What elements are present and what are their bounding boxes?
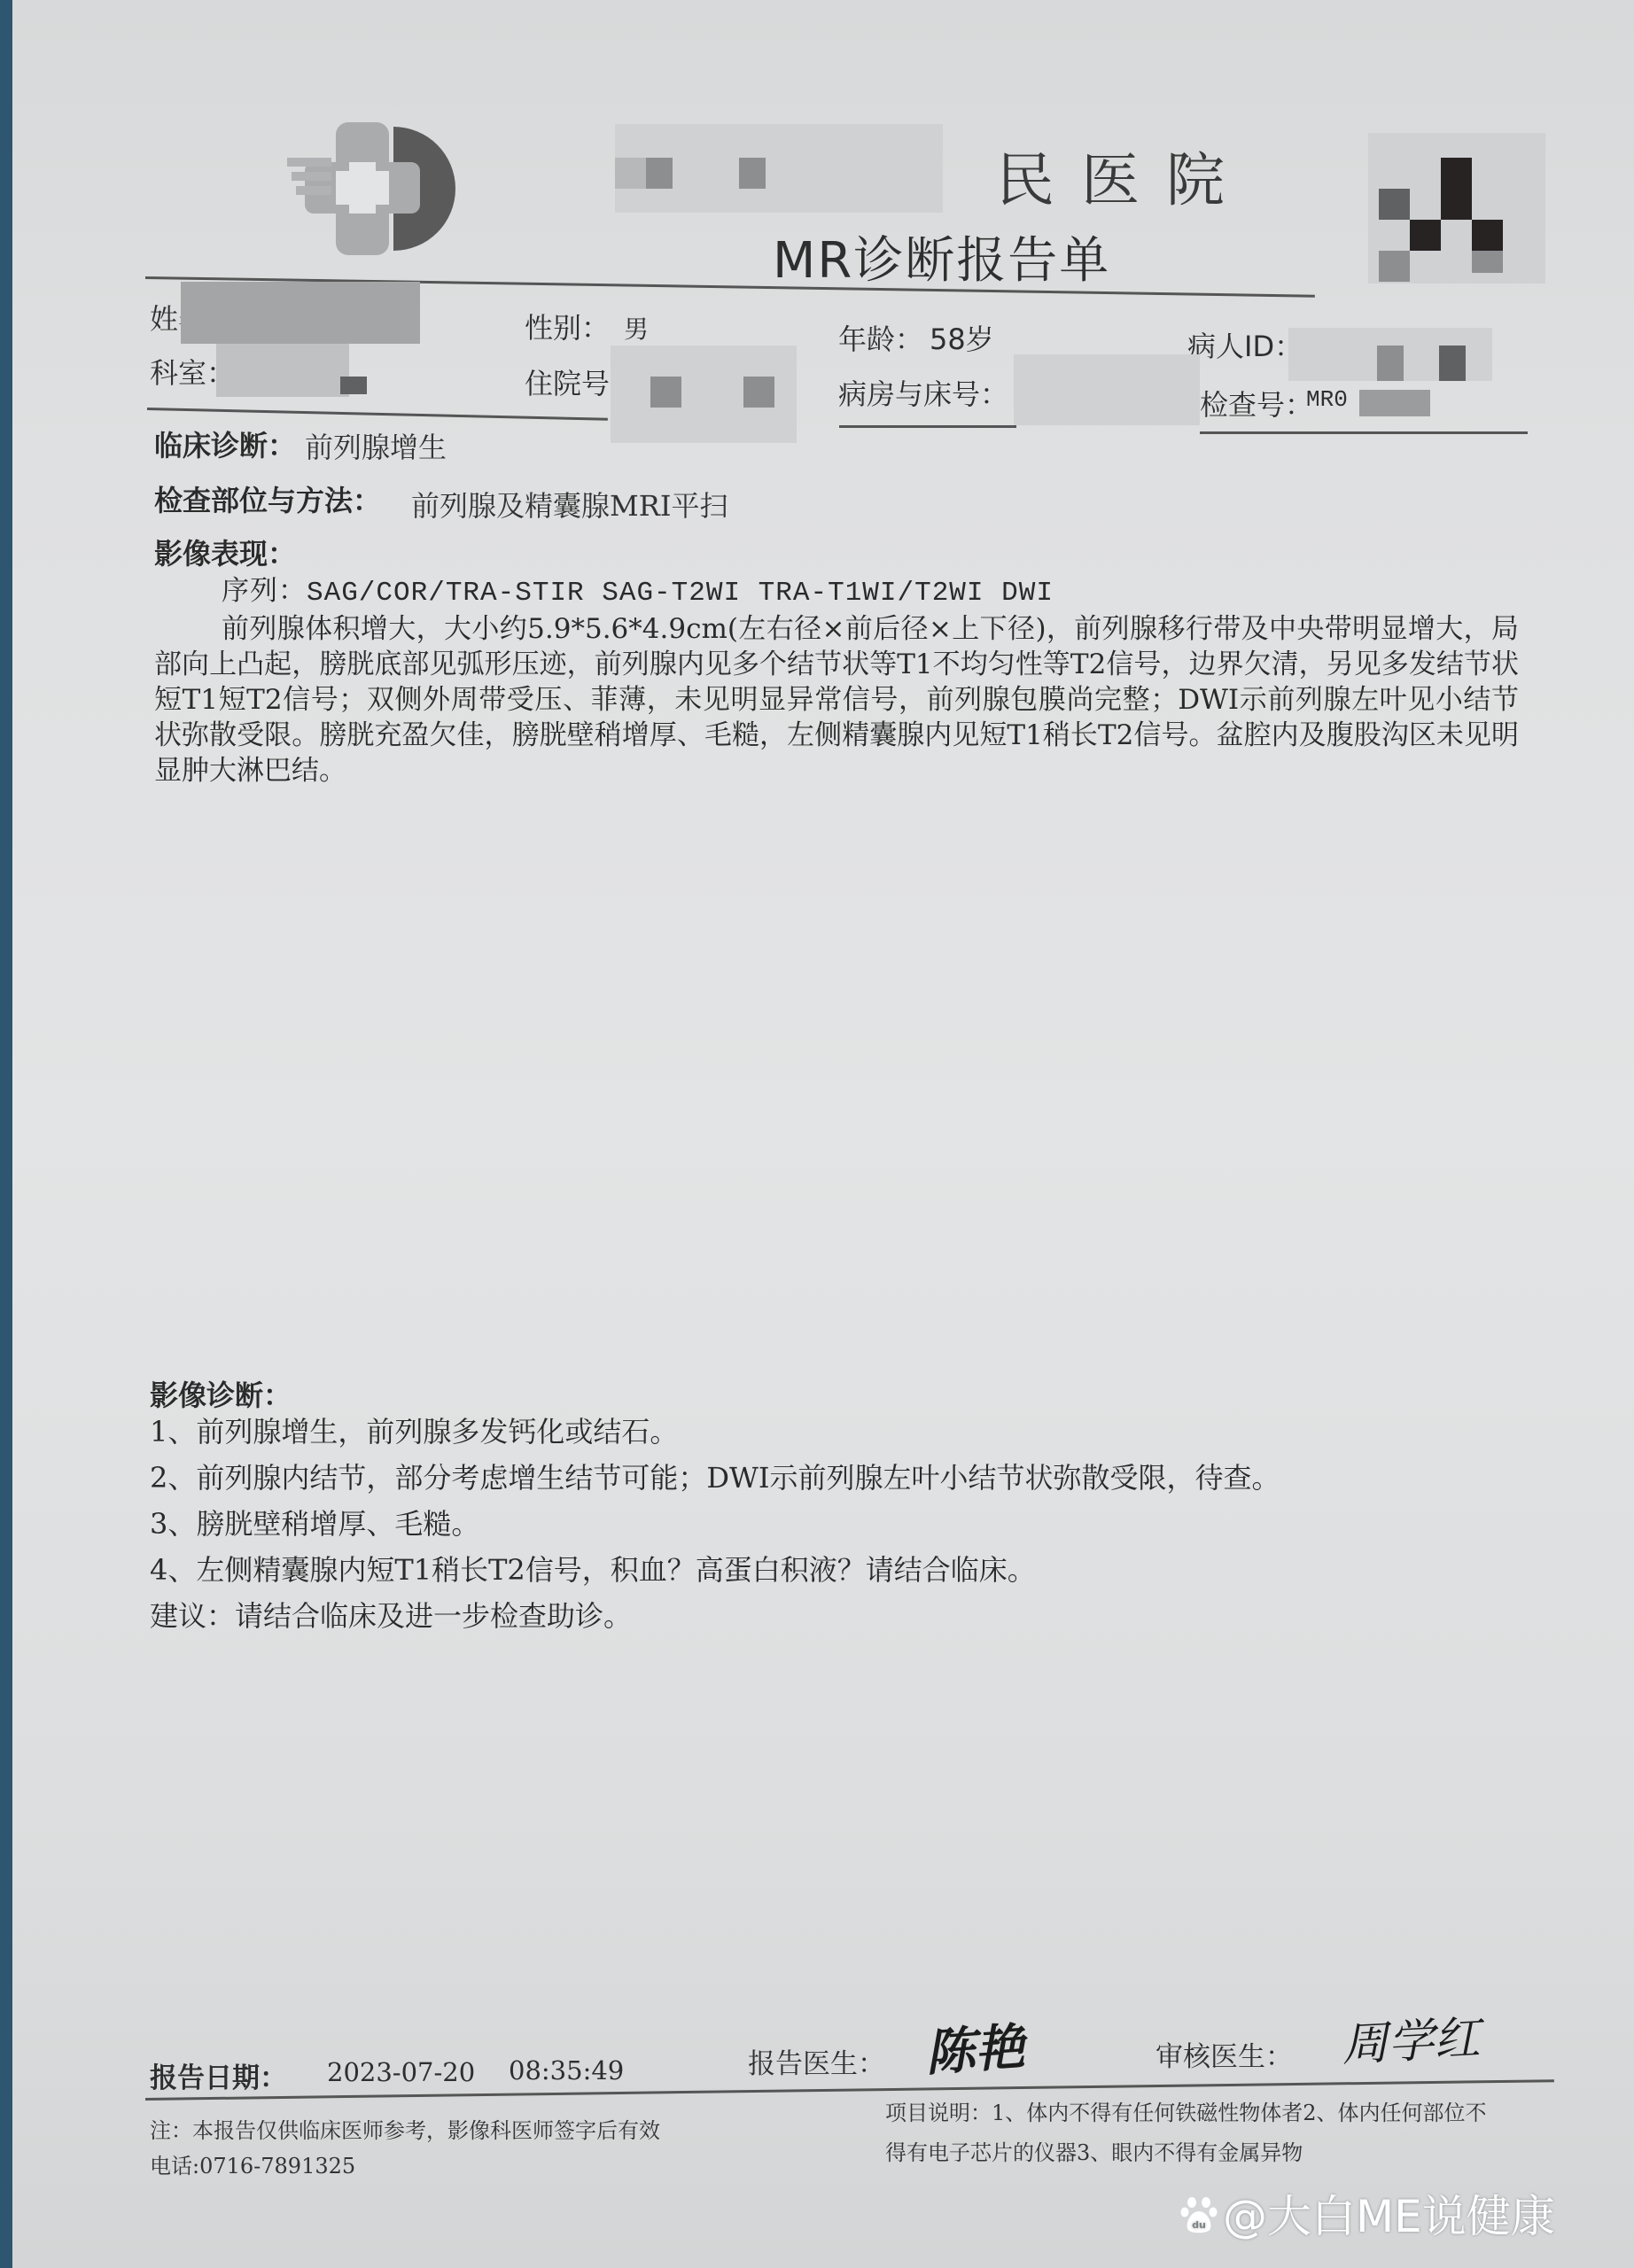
diagnosis-item: 4、左侧精囊腺内短T1稍长T2信号，积血？高蛋白积液？请结合临床。 (150, 1547, 1532, 1593)
redaction-block (1379, 251, 1410, 282)
info-divider (839, 425, 1016, 428)
ward-bed-label: 病房与床号： (838, 372, 1008, 413)
findings-body: 序列：SAG/COR/TRA-STIR SAG-T2WI TRA-T1WI/T2… (154, 576, 1519, 788)
inpatient-no-label: 住院号 (525, 361, 610, 402)
department-label: 科室： (150, 351, 235, 392)
redacted-ward-bed (1014, 354, 1200, 425)
baidu-paw-icon: du (1180, 2194, 1218, 2233)
diagnosis-item: 2、前列腺内结节，部分考虑增生结节可能；DWI示前列腺左叶小结节状弥散受限，待查… (150, 1455, 1532, 1501)
redacted-name (181, 282, 420, 344)
phone-number: 电话:0716-7891325 (150, 2148, 355, 2179)
redaction-block (1379, 189, 1410, 220)
redaction-block (1441, 189, 1472, 220)
redaction-block (1359, 390, 1430, 416)
redaction-block (615, 158, 646, 189)
redaction-block (1439, 346, 1466, 381)
watermark-text: @大白ME说健康 (1223, 2181, 1555, 2245)
redaction-block (1441, 158, 1472, 189)
suggestion: 建议：请结合临床及进一步检查助诊。 (150, 1593, 1532, 1639)
review-doctor-label: 审核医生： (1155, 2034, 1293, 2074)
svg-text:du: du (1192, 2219, 1206, 2231)
redaction-block (739, 158, 766, 189)
gender-label: 性别： (525, 306, 610, 346)
diagnosis-item: 3、膀胱壁稍增厚、毛糙。 (150, 1501, 1532, 1547)
redaction-block (743, 377, 774, 408)
item-notes-line1: 项目说明：1、体内不得有任何铁磁性物体者2、体内任何部位不 (885, 2095, 1487, 2126)
review-doctor-signature: 周学红 (1340, 2000, 1482, 2074)
redaction-block (1377, 346, 1404, 381)
diagnosis-list: 1、前列腺增生，前列腺多发钙化或结石。 2、前列腺内结节，部分考虑增生结节可能；… (150, 1409, 1532, 1639)
redaction-block (216, 344, 349, 397)
watermark: du @大白ME说健康 (1180, 2181, 1555, 2245)
exam-no-value: MR0 (1306, 386, 1348, 413)
sequence-line: 序列：SAG/COR/TRA-STIR SAG-T2WI TRA-T1WI/T2… (154, 576, 1519, 611)
redaction-block (1472, 251, 1503, 273)
redaction-block (1472, 220, 1503, 251)
gender-value: 男 (624, 310, 649, 346)
info-divider (147, 408, 608, 421)
report-time-value: 08:35:49 (509, 2055, 624, 2085)
clinical-diagnosis-label: 临床诊断： (154, 423, 296, 464)
report-title: MR诊断报告单 (773, 221, 1110, 292)
report-doctor-signature: 陈艳 (922, 2008, 1026, 2085)
exam-site-label: 检查部位与方法： (154, 478, 381, 519)
hospital-name: 民医院 (996, 133, 1251, 217)
findings-label: 影像表现： (154, 532, 296, 572)
report-date-value: 2023-07-20 (327, 2057, 475, 2087)
age-value: 58岁 (930, 317, 994, 358)
exam-no-label: 检查号： (1200, 383, 1313, 423)
findings-text: 前列腺体积增大，大小约5.9*5.6*4.9cm(左右径×前后径×上下径)，前列… (154, 611, 1519, 788)
age-label: 年龄： (838, 317, 923, 358)
hospital-cross-icon (287, 122, 464, 255)
item-notes-line2: 得有电子芯片的仪器3、眼内不得有金属异物 (885, 2135, 1303, 2166)
redaction-block (650, 377, 681, 408)
patient-id-label: 病人ID： (1187, 324, 1303, 365)
redaction-block (646, 158, 673, 189)
report-doctor-label: 报告医生： (748, 2041, 885, 2081)
report-date-label: 报告日期： (150, 2055, 287, 2095)
clinical-diagnosis-value: 前列腺增生 (305, 425, 447, 466)
diagnosis-item: 1、前列腺增生，前列腺多发钙化或结石。 (150, 1409, 1532, 1455)
report-paper: 民医院 MR诊断报告单 姓名 性别： 男 年龄： 58岁 病人ID： 科室： 住… (12, 0, 1634, 2268)
report-note: 注：本报告仅供临床医师参考，影像科医师签字后有效 (150, 2113, 660, 2144)
redacted-department (340, 377, 367, 394)
info-divider (1200, 431, 1528, 434)
exam-site-value: 前列腺及精囊腺MRI平扫 (411, 484, 728, 524)
redaction-block (1410, 220, 1441, 251)
